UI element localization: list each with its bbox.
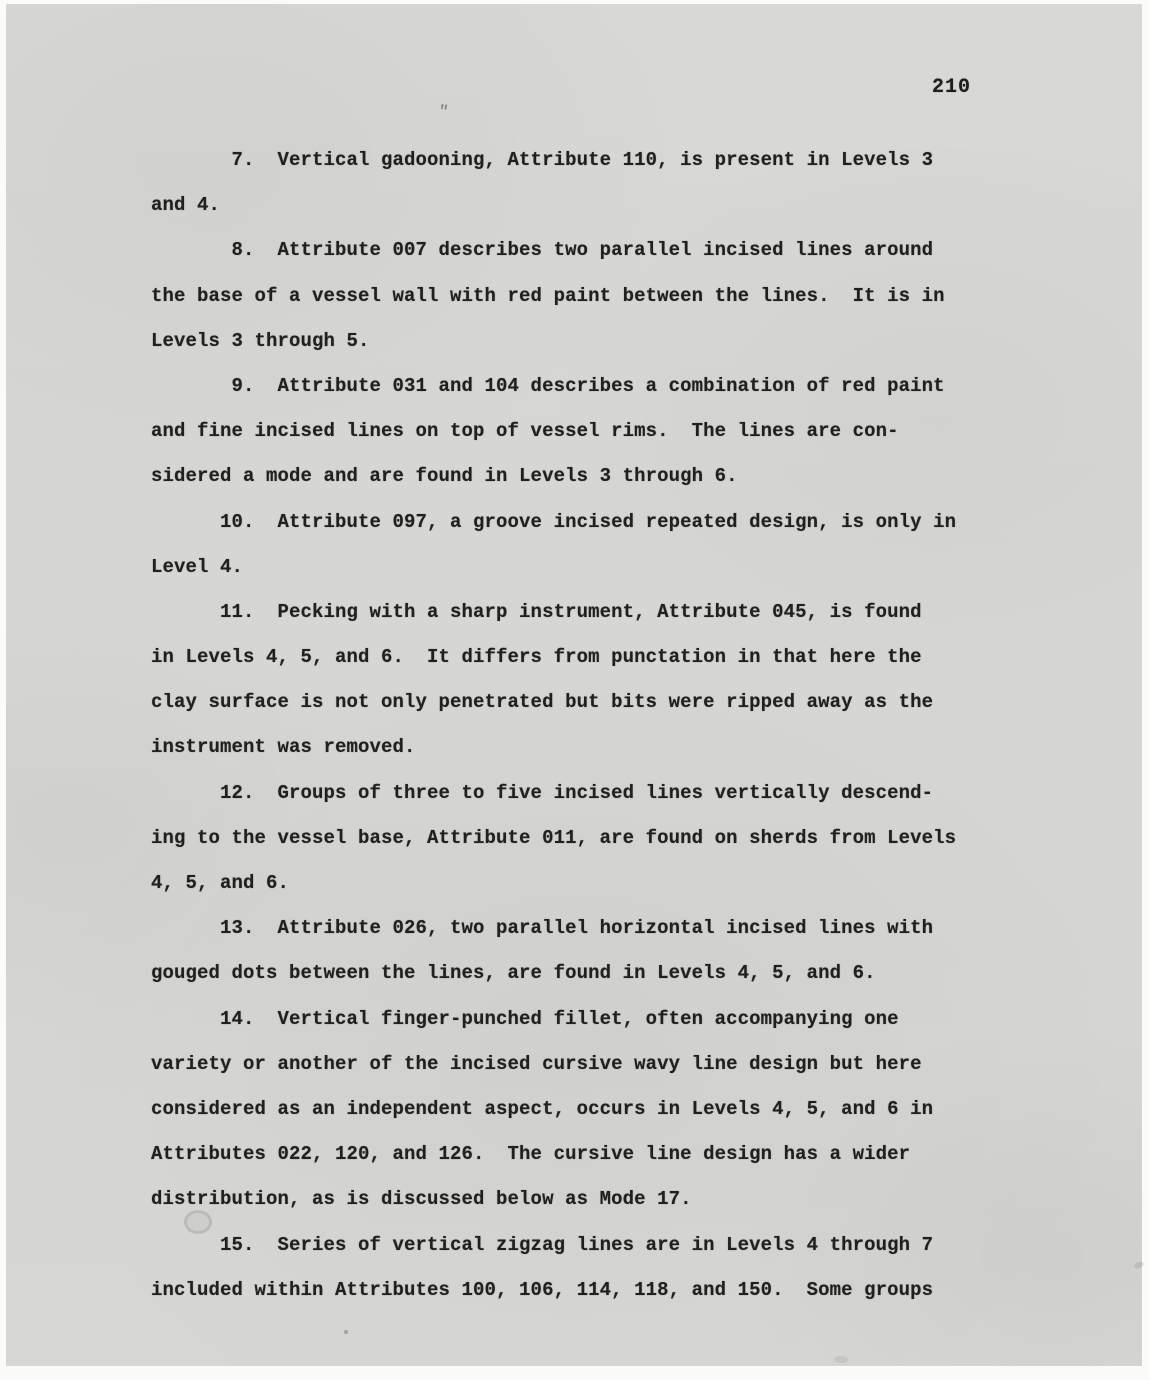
scan-speck <box>834 1356 848 1363</box>
paragraph: 14. Vertical finger-punched fillet, ofte… <box>151 997 1011 1223</box>
text-line: 7. Vertical gadooning, Attribute 110, is… <box>151 138 1011 183</box>
page-number: 210 <box>932 76 971 99</box>
scan-smudge-mark: ″ <box>438 102 448 114</box>
paragraph: 15. Series of vertical zigzag lines are … <box>151 1223 1011 1313</box>
text-line: sidered a mode and are found in Levels 3… <box>151 454 1011 499</box>
text-line: 11. Pecking with a sharp instrument, Att… <box>151 590 1011 635</box>
text-line: Level 4. <box>151 545 1011 590</box>
text-line: 9. Attribute 031 and 104 describes a com… <box>151 364 1011 409</box>
text-line: variety or another of the incised cursiv… <box>151 1042 1011 1087</box>
paragraph: 11. Pecking with a sharp instrument, Att… <box>151 590 1011 771</box>
text-line: the base of a vessel wall with red paint… <box>151 274 1011 319</box>
scan-speck <box>1133 1260 1144 1269</box>
text-line: in Levels 4, 5, and 6. It differs from p… <box>151 635 1011 680</box>
text-line: 10. Attribute 097, a groove incised repe… <box>151 500 1011 545</box>
scan-stain <box>184 1210 212 1234</box>
text-line: ing to the vessel base, Attribute 011, a… <box>151 816 1011 861</box>
text-line: Attributes 022, 120, and 126. The cursiv… <box>151 1132 1011 1177</box>
paragraph: 13. Attribute 026, two parallel horizont… <box>151 906 1011 996</box>
text-line: 4, 5, and 6. <box>151 861 1011 906</box>
text-line: and fine incised lines on top of vessel … <box>151 409 1011 454</box>
text-line: clay surface is not only penetrated but … <box>151 680 1011 725</box>
paragraph: 10. Attribute 097, a groove incised repe… <box>151 500 1011 590</box>
scan-frame: 210 7. Vertical gadooning, Attribute 110… <box>0 0 1149 1380</box>
text-line: considered as an independent aspect, occ… <box>151 1087 1011 1132</box>
paragraph: 12. Groups of three to five incised line… <box>151 771 1011 907</box>
text-line: 15. Series of vertical zigzag lines are … <box>151 1223 1011 1268</box>
paragraph: 8. Attribute 007 describes two parallel … <box>151 228 1011 364</box>
document-body: 7. Vertical gadooning, Attribute 110, is… <box>151 138 1011 1313</box>
text-line: distribution, as is discussed below as M… <box>151 1177 1011 1222</box>
text-line: 8. Attribute 007 describes two parallel … <box>151 228 1011 273</box>
text-line: and 4. <box>151 183 1011 228</box>
scan-speck <box>344 1330 348 1334</box>
text-line: instrument was removed. <box>151 725 1011 770</box>
text-line: gouged dots between the lines, are found… <box>151 951 1011 996</box>
text-line: 14. Vertical finger-punched fillet, ofte… <box>151 997 1011 1042</box>
text-line: Levels 3 through 5. <box>151 319 1011 364</box>
text-line: included within Attributes 100, 106, 114… <box>151 1268 1011 1313</box>
page-scan: 210 7. Vertical gadooning, Attribute 110… <box>6 4 1142 1366</box>
paragraph: 7. Vertical gadooning, Attribute 110, is… <box>151 138 1011 228</box>
paragraph: 9. Attribute 031 and 104 describes a com… <box>151 364 1011 500</box>
text-line: 12. Groups of three to five incised line… <box>151 771 1011 816</box>
text-line: 13. Attribute 026, two parallel horizont… <box>151 906 1011 951</box>
